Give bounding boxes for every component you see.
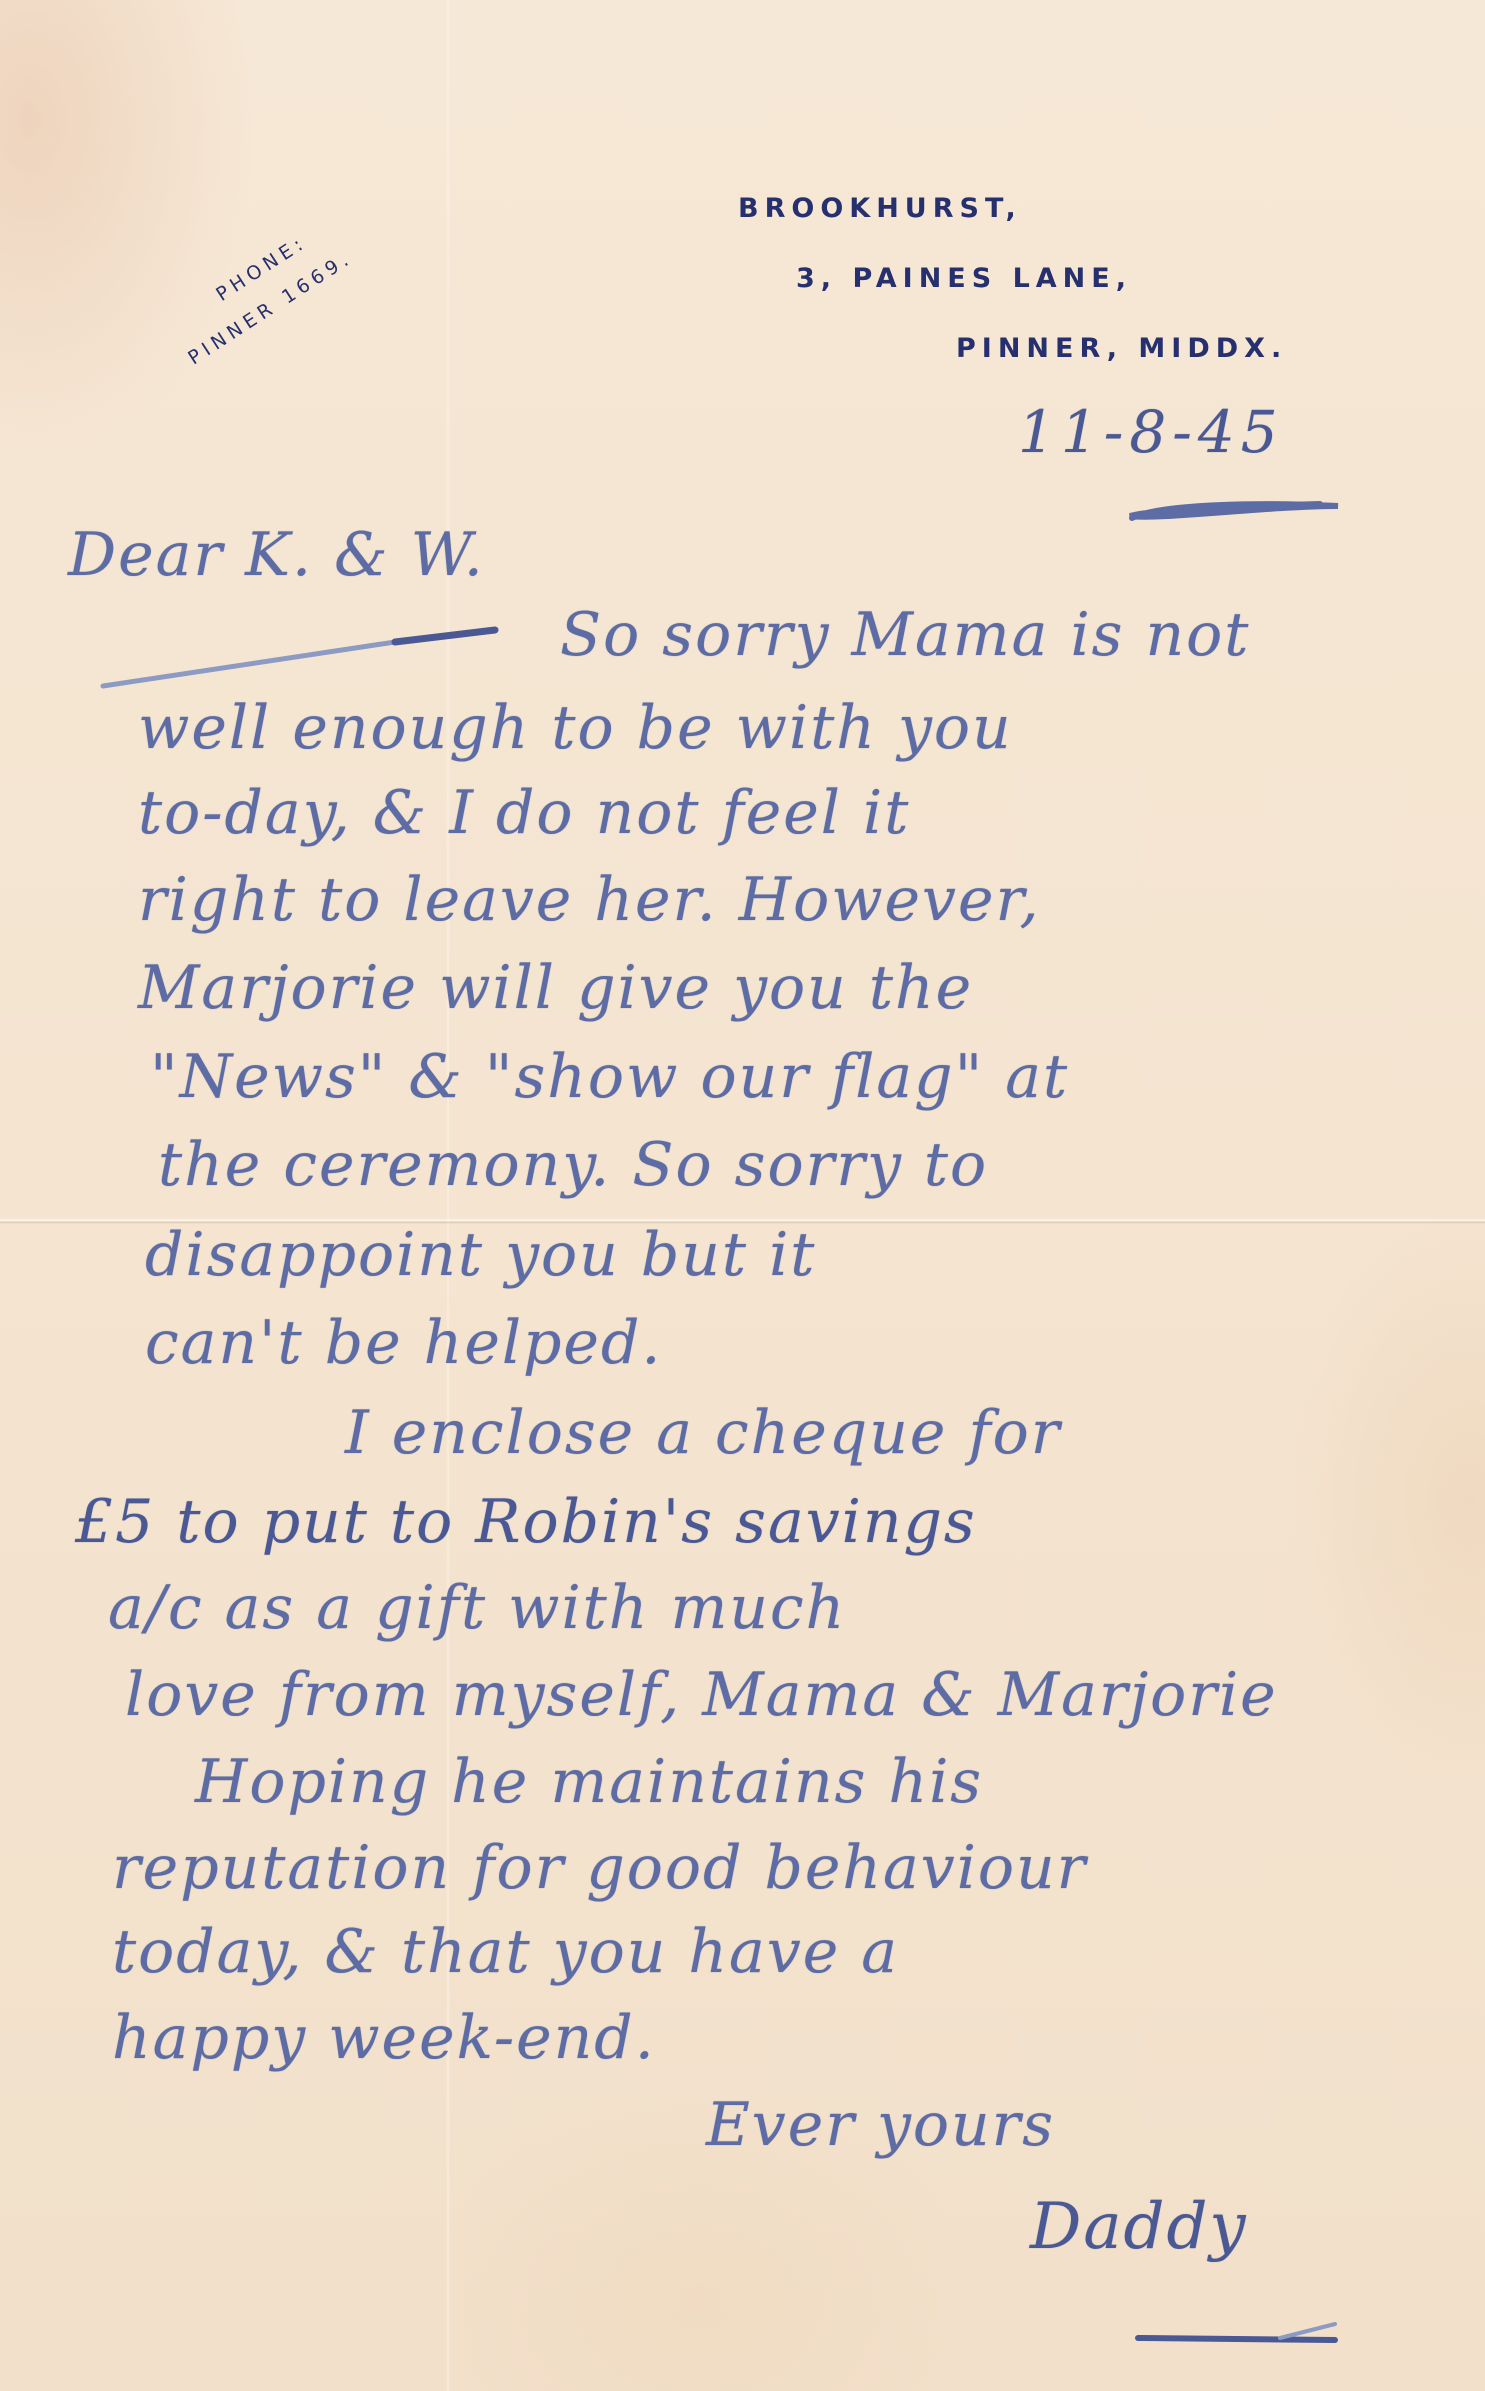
body-line: to-day, & I do not feel it <box>138 783 910 843</box>
letter-date: 11-8-45 <box>1018 403 1284 461</box>
body-line: "News" & "show our flag" at <box>150 1047 1069 1107</box>
body-line: can't be helped. <box>145 1313 662 1373</box>
body-line: Marjorie will give you the <box>138 958 973 1018</box>
body-line: the ceremony. So sorry to <box>158 1135 988 1195</box>
letterhead-house-name: BROOKHURST, <box>738 195 1022 222</box>
signature: Daddy <box>1030 2195 1248 2259</box>
letterhead-street: 3, PAINES LANE, <box>796 265 1132 292</box>
body-line: disappoint you but it <box>145 1225 816 1285</box>
body-line: right to leave her. However, <box>138 870 1041 930</box>
body-line: £5 to put to Robin's savings <box>75 1492 977 1552</box>
body-line: I enclose a cheque for <box>345 1403 1061 1463</box>
body-line: a/c as a gift with much <box>108 1578 846 1638</box>
letterhead-phone: PHONE: PINNER 1669. <box>115 118 465 432</box>
body-line: So sorry Mama is not <box>560 605 1250 665</box>
body-line: happy week-end. <box>112 2008 656 2068</box>
body-line: Hoping he maintains his <box>195 1752 983 1812</box>
date-underline-flourish-icon <box>1120 490 1350 530</box>
body-line: love from myself, Mama & Marjorie <box>125 1665 1278 1725</box>
salutation-dash-flourish-icon <box>95 620 505 695</box>
body-line: well enough to be with you <box>138 698 1013 758</box>
body-line: today, & that you have a <box>112 1922 899 1982</box>
letter-page: PHONE: PINNER 1669. BROOKHURST, 3, PAINE… <box>0 0 1485 2391</box>
salutation: Dear K. & W. <box>68 525 485 585</box>
letterhead-town: PINNER, MIDDX. <box>956 335 1287 362</box>
signature-underline-flourish-icon <box>1130 2318 1350 2348</box>
closing: Ever yours <box>706 2095 1055 2155</box>
body-line: reputation for good behaviour <box>112 1838 1087 1898</box>
